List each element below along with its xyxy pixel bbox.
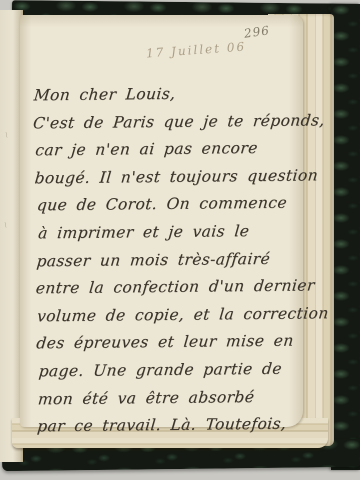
letter-page: 296 17 Juillet 06 Mon cher Louis, C'est … — [20, 15, 303, 427]
ink-showthrough-mark: ~ — [0, 220, 10, 229]
letter-body: Mon cher Louis, C'est de Paris que je te… — [31, 80, 297, 441]
letter-line: entre la confection d'un dernier — [34, 273, 298, 303]
book-cover-right-edge — [331, 4, 360, 470]
letter-line: volume de copie, et la correction — [36, 300, 299, 330]
ink-showthrough-mark: ~ — [0, 130, 11, 139]
letter-line: à imprimer et je vais le — [37, 218, 298, 248]
salutation-line: Mon cher Louis, — [32, 80, 296, 110]
page-number: 296 — [243, 23, 271, 40]
letter-line: page. Une grande partie de — [37, 356, 299, 386]
photo-background: ~ ~ 296 17 Juillet 06 Mon cher Louis, C'… — [0, 0, 360, 480]
letter-line: que de Corot. On commence — [36, 190, 298, 220]
letter-line: passer un mois très-affairé — [35, 245, 298, 275]
date-line: 17 Juillet 06 — [146, 40, 247, 61]
letter-line: car je n'en ai pas encore — [34, 135, 297, 165]
letter-line: des épreuves et leur mise en — [35, 328, 299, 358]
letter-line: bougé. Il n'est toujours question — [33, 162, 297, 192]
letter-line: mon été va être absorbé — [37, 383, 300, 413]
letter-line: C'est de Paris que je te réponds, — [32, 107, 297, 137]
letter-line: par ce travail. Là. Toutefois, — [36, 411, 300, 441]
